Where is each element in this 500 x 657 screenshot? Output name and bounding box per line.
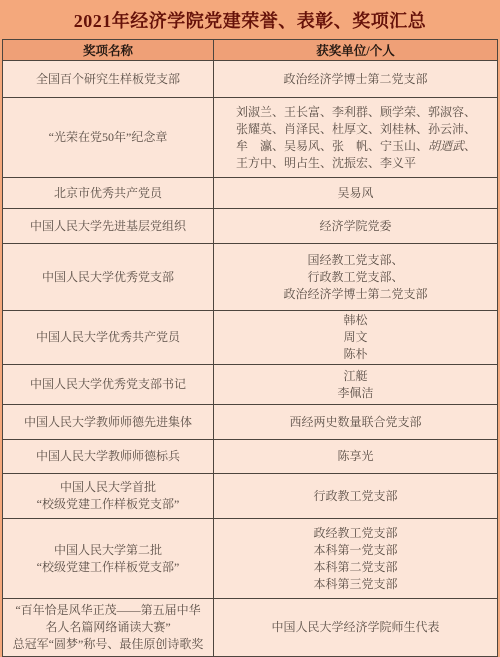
award-name-line: 中国人民大学先进基层党组织 — [30, 218, 186, 235]
winner-line: 陈朴 — [343, 346, 367, 363]
award-name-line: “百年恰是风华正茂——第五届中华 — [15, 602, 200, 619]
award-name-cell: 中国人民大学优秀党支部书记 — [3, 365, 214, 404]
winner-cell: 韩松周文陈朴 — [214, 311, 497, 364]
winner-line: 政治经济学博士第二党支部 — [283, 286, 427, 303]
award-name-line: 名人名篇网络诵读大赛” — [45, 619, 170, 636]
winner-line: 政经教工党支部 — [313, 525, 397, 542]
award-name-line: 中国人民大学教师师德先进集体 — [24, 414, 192, 431]
table-row: 北京市优秀共产党员 吴易风 — [3, 178, 497, 209]
winner-cell: 陈享光 — [214, 440, 497, 473]
winner-line: 国经教工党支部、 — [307, 252, 403, 269]
award-name-line: 中国人民大学优秀共产党员 — [36, 329, 180, 346]
award-name-cell: “百年恰是风华正茂——第五届中华名人名篇网络诵读大赛”总冠军“圆梦”称号、最佳原… — [3, 599, 214, 656]
winner-line: 李佩洁 — [337, 385, 373, 402]
award-name-cell: 中国人民大学先进基层党组织 — [3, 209, 214, 243]
award-name-line: 全国百个研究生样板党支部 — [36, 71, 180, 88]
winner-line: 周文 — [343, 329, 367, 346]
winner-line: 本科第一党支部 — [313, 542, 397, 559]
award-name-line: 中国人民大学优秀党支部 — [42, 269, 174, 286]
winner-cell: 西经两史数量联合党支部 — [214, 405, 497, 439]
award-name-cell: 中国人民大学教师师德先进集体 — [3, 405, 214, 439]
award-name-line: 总冠军“圆梦”称号、最佳原创诗歌奖 — [13, 636, 204, 653]
table-row: “百年恰是风华正茂——第五届中华名人名篇网络诵读大赛”总冠军“圆梦”称号、最佳原… — [3, 599, 497, 656]
award-name-cell: 中国人民大学优秀党支部 — [3, 244, 214, 310]
award-name-cell: 中国人民大学教师师德标兵 — [3, 440, 214, 473]
table-row: 中国人民大学第二批“校级党建工作样板党支部” 政经教工党支部本科第一党支部本科第… — [3, 519, 497, 599]
winner-line: 行政教工党支部、 — [307, 269, 403, 286]
winner-cell: 政经教工党支部本科第一党支部本科第二党支部本科第三党支部 — [214, 519, 497, 598]
award-name-cell: 北京市优秀共产党员 — [3, 178, 214, 208]
winner-cell: 吴易风 — [214, 178, 497, 208]
winner-line: 本科第三党支部 — [313, 576, 397, 593]
award-name-line: 中国人民大学优秀党支部书记 — [30, 376, 186, 393]
column-header-winner: 获奖单位/个人 — [214, 40, 497, 60]
winner-cell: 行政教工党支部 — [214, 474, 497, 518]
winner-line: 张耀英、肖泽民、杜厚文、刘桂林、孙云沛、 — [236, 121, 476, 138]
award-name-cell: 中国人民大学优秀共产党员 — [3, 311, 214, 364]
award-name-line: 中国人民大学教师师德标兵 — [36, 448, 180, 465]
winner-line: 本科第二党支部 — [313, 559, 397, 576]
award-name-line: 北京市优秀共产党员 — [54, 185, 162, 202]
award-name-line: “光荣在党50年”纪念章 — [49, 129, 168, 146]
page-title: 2021年经济学院党建荣誉、表彰、奖项汇总 — [2, 0, 498, 39]
table-body: 全国百个研究生样板党支部 政治经济学博士第二党支部 “光荣在党50年”纪念章 刘… — [3, 61, 497, 656]
honors-table: 奖项名称 获奖单位/个人 全国百个研究生样板党支部 政治经济学博士第二党支部 “… — [2, 39, 498, 657]
table-header-row: 奖项名称 获奖单位/个人 — [3, 40, 497, 61]
winner-line: 行政教工党支部 — [313, 488, 397, 505]
winner-cell: 刘淑兰、王长富、李利群、顾学荣、郭淑容、张耀英、肖泽民、杜厚文、刘桂林、孙云沛、… — [214, 98, 497, 177]
award-name-cell: 中国人民大学首批“校级党建工作样板党支部” — [3, 474, 214, 518]
table-row: “光荣在党50年”纪念章 刘淑兰、王长富、李利群、顾学荣、郭淑容、张耀英、肖泽民… — [3, 98, 497, 178]
winner-line: 政治经济学博士第二党支部 — [283, 71, 427, 88]
table-row: 全国百个研究生样板党支部 政治经济学博士第二党支部 — [3, 61, 497, 98]
winner-line: 韩松 — [343, 312, 367, 329]
winner-line: 中国人民大学经济学院师生代表 — [271, 619, 439, 636]
award-name-line: “校级党建工作样板党支部” — [37, 496, 180, 513]
winner-line: 江艇 — [343, 368, 367, 385]
winner-cell: 政治经济学博士第二党支部 — [214, 61, 497, 97]
table-row: 中国人民大学教师师德先进集体 西经两史数量联合党支部 — [3, 405, 497, 440]
award-name-line: 中国人民大学第二批 — [54, 542, 162, 559]
column-header-award-name: 奖项名称 — [3, 40, 214, 60]
winner-cell: 国经教工党支部、行政教工党支部、政治经济学博士第二党支部 — [214, 244, 497, 310]
table-row: 中国人民大学优秀党支部书记 江艇李佩洁 — [3, 365, 497, 405]
winner-line: 西经两史数量联合党支部 — [289, 414, 421, 431]
winner-line: 王方中、明占生、沈振宏、李义平 — [236, 155, 416, 172]
table-row: 中国人民大学优秀共产党员 韩松周文陈朴 — [3, 311, 497, 365]
honors-summary-page: 2021年经济学院党建荣誉、表彰、奖项汇总 奖项名称 获奖单位/个人 全国百个研… — [0, 0, 500, 657]
winner-line: 刘淑兰、王长富、李利群、顾学荣、郭淑容、 — [236, 104, 476, 121]
award-name-line: 中国人民大学首批 — [60, 479, 156, 496]
winner-line: 吴易风 — [337, 185, 373, 202]
winner-cell: 江艇李佩洁 — [214, 365, 497, 404]
award-name-cell: “光荣在党50年”纪念章 — [3, 98, 214, 177]
winner-line: 牟 瀛、吴易风、张 帆、宁玉山、胡迺武、 — [236, 138, 476, 155]
award-name-cell: 全国百个研究生样板党支部 — [3, 61, 214, 97]
table-row: 中国人民大学首批“校级党建工作样板党支部” 行政教工党支部 — [3, 474, 497, 519]
award-name-cell: 中国人民大学第二批“校级党建工作样板党支部” — [3, 519, 214, 598]
winner-line: 经济学院党委 — [319, 218, 391, 235]
table-row: 中国人民大学先进基层党组织 经济学院党委 — [3, 209, 497, 244]
award-name-line: “校级党建工作样板党支部” — [37, 559, 180, 576]
winner-cell: 中国人民大学经济学院师生代表 — [214, 599, 497, 656]
winner-line: 陈享光 — [337, 448, 373, 465]
winner-cell: 经济学院党委 — [214, 209, 497, 243]
table-row: 中国人民大学优秀党支部 国经教工党支部、行政教工党支部、政治经济学博士第二党支部 — [3, 244, 497, 311]
table-row: 中国人民大学教师师德标兵 陈享光 — [3, 440, 497, 474]
